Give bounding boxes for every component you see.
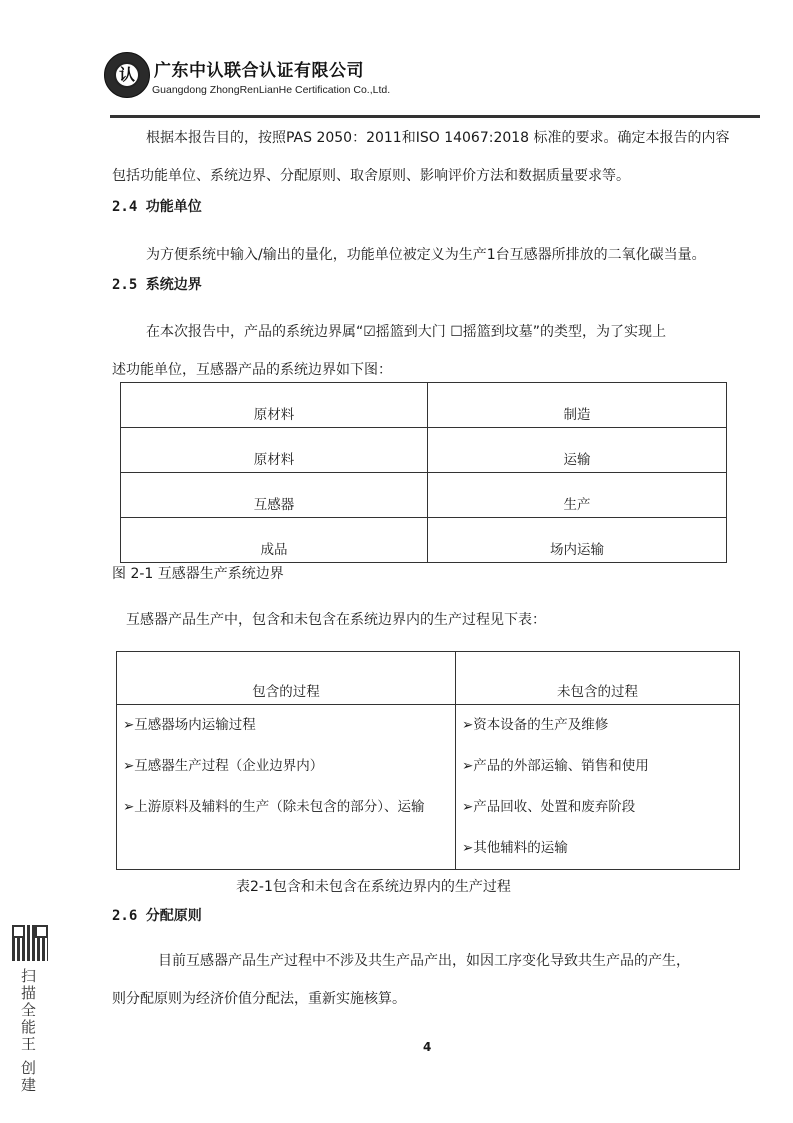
column-header-included: 包含的过程	[117, 652, 456, 705]
section-heading-2-5: 2.5 系统边界	[112, 274, 202, 294]
table-row: 原材料 运输	[121, 428, 727, 473]
table-row: 互感器 生产	[121, 473, 727, 518]
list-item: ➢上游原料及辅料的生产（除未包含的部分）、运输	[123, 787, 455, 828]
table-cell: 运输	[428, 428, 727, 473]
intro-line-2: 包括功能单位、系统边界、分配原则、取舍原则、影响评价方法和数据质量要求等。	[112, 166, 630, 186]
heading-title: 系统边界	[146, 277, 202, 293]
section-heading-2-4: 2.4 功能单位	[112, 196, 202, 216]
process-table-intro: 互感器产品生产中，包含和未包含在系统边界内的生产过程见下表：	[126, 610, 546, 630]
column-header-excluded: 未包含的过程	[456, 652, 740, 705]
company-name-cn: 广东中认联合认证有限公司	[154, 56, 364, 81]
table-cell: 场内运输	[428, 518, 727, 563]
list-item: ➢互感器场内运输过程	[123, 705, 455, 746]
table-row: 成品 场内运输	[121, 518, 727, 563]
company-name-en: Guangdong ZhongRenLianHe Certification C…	[152, 84, 390, 96]
list-item: ➢互感器生产过程（企业边界内）	[123, 746, 455, 787]
list-item: ➢资本设备的生产及维修	[462, 705, 739, 746]
list-item: ➢其他辅料的运输	[462, 828, 739, 869]
functional-unit-text: 为方便系统中输入/输出的量化，功能单位被定义为生产1台互感器所排放的二氧化碳当量…	[146, 245, 706, 265]
table-cell: 成品	[121, 518, 428, 563]
figure-caption: 图 2-1 互感器生产系统边界	[112, 563, 284, 583]
table-row: 原材料 制造	[121, 383, 727, 428]
qr-code-icon	[12, 925, 48, 961]
table-cell: 互感器	[121, 473, 428, 518]
heading-number: 2.4	[112, 199, 137, 215]
table-header-row: 包含的过程 未包含的过程	[117, 652, 740, 705]
company-logo: 认	[104, 52, 150, 98]
table-cell: 生产	[428, 473, 727, 518]
boundary-text-line-2: 述功能单位，互感器产品的系统边界如下图：	[112, 360, 392, 380]
section-heading-2-6: 2.6 分配原则	[112, 905, 202, 925]
page-number: 4	[423, 1040, 431, 1054]
table-caption: 表2-1包含和未包含在系统边界内的生产过程	[236, 876, 511, 896]
header-divider	[110, 115, 760, 118]
scanner-watermark: 扫描全能王 创建	[18, 968, 39, 1094]
table-row: ➢互感器场内运输过程 ➢互感器生产过程（企业边界内） ➢上游原料及辅料的生产（除…	[117, 705, 740, 870]
heading-title: 功能单位	[146, 199, 202, 215]
system-boundary-table: 原材料 制造 原材料 运输 互感器 生产 成品 场内运输	[120, 382, 727, 563]
heading-number: 2.6	[112, 908, 137, 924]
logo-glyph: 认	[114, 62, 140, 88]
excluded-processes-cell: ➢资本设备的生产及维修 ➢产品的外部运输、销售和使用 ➢产品回收、处置和废弃阶段…	[456, 705, 740, 870]
boundary-text-line-1: 在本次报告中，产品的系统边界属“☑摇篮到大门 ☐摇篮到坟墓”的类型，为了实现上	[146, 322, 666, 342]
table-cell: 原材料	[121, 428, 428, 473]
heading-title: 分配原则	[146, 908, 202, 924]
table-cell: 制造	[428, 383, 727, 428]
list-item: ➢产品的外部运输、销售和使用	[462, 746, 739, 787]
intro-line-1: 根据本报告目的，按照PAS 2050：2011和ISO 14067:2018 标…	[146, 128, 730, 148]
list-item: ➢产品回收、处置和废弃阶段	[462, 787, 739, 828]
allocation-text-line-2: 则分配原则为经济价值分配法，重新实施核算。	[112, 989, 406, 1009]
table-cell: 原材料	[121, 383, 428, 428]
allocation-text-line-1: 目前互感器产品生产过程中不涉及共生产品产出，如因工序变化导致共生产品的产生，	[158, 951, 690, 971]
process-inclusion-table: 包含的过程 未包含的过程 ➢互感器场内运输过程 ➢互感器生产过程（企业边界内） …	[116, 651, 740, 870]
heading-number: 2.5	[112, 277, 137, 293]
included-processes-cell: ➢互感器场内运输过程 ➢互感器生产过程（企业边界内） ➢上游原料及辅料的生产（除…	[117, 705, 456, 870]
